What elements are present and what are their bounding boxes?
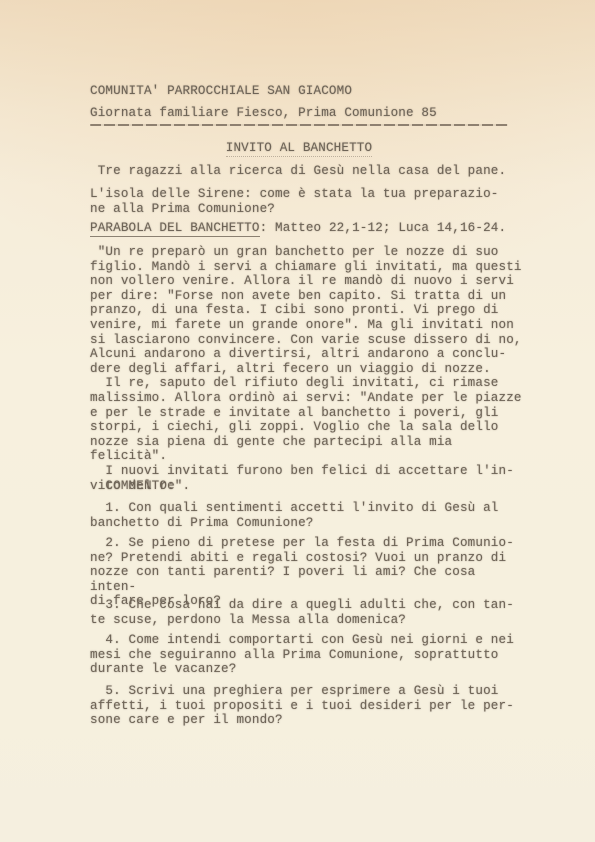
parable-reference: : Matteo 22,1-12; Luca 14,16-24.: [260, 221, 507, 235]
parable-heading-row: PARABOLA DEL BANCHETTO: Matteo 22,1-12; …: [90, 221, 528, 236]
page-title-row: INVITO AL BANCHETTO: [90, 141, 508, 156]
header-underline: [90, 124, 508, 126]
parable-text: "Un re preparò un gran banchetto per le …: [90, 245, 528, 493]
event-title: Giornata familiare Fiesco, Prima Comunio…: [90, 106, 528, 121]
parable-heading: PARABOLA DEL BANCHETTO: [90, 221, 260, 237]
scanned-document-page: COMUNITA' PARROCCHIALE SAN GIACOMO Giorn…: [0, 0, 595, 842]
comment-label: COMMENTO:: [90, 479, 528, 494]
question-1: 1. Con quali sentimenti accetti l'invito…: [90, 501, 528, 530]
question-4: 4. Come intendi comportarti con Gesù nei…: [90, 633, 528, 677]
subtitle: Tre ragazzi alla ricerca di Gesù nella c…: [90, 164, 528, 179]
intro-question: L'isola delle Sirene: come è stata la tu…: [90, 187, 528, 216]
question-3: 3. Che cosa hai da dire a quegli adulti …: [90, 598, 528, 627]
organization-name: COMUNITA' PARROCCHIALE SAN GIACOMO: [90, 84, 528, 99]
question-5: 5. Scrivi una preghiera per esprimere a …: [90, 684, 528, 728]
page-title: INVITO AL BANCHETTO: [226, 141, 372, 157]
